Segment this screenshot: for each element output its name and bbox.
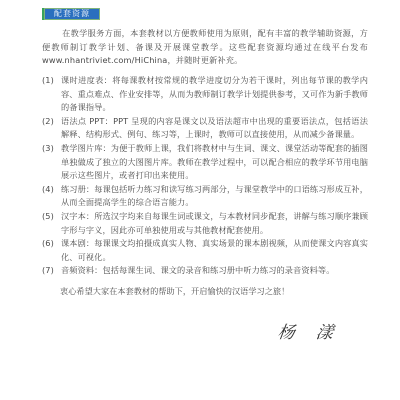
resource-item: (4) 练习册：每课包括听力练习和读写练习两部分，与课堂教学中的口语练习形成互补… [42,183,368,210]
item-number: (2) [42,115,54,129]
document-page: 配套资源 在教学服务方面，本套教材以方便教师使用为原则，配有丰富的教学辅助资源，… [0,0,400,400]
closing-paragraph: 衷心希望大家在本套教材的帮助下，开启愉快的汉语学习之旅！ [60,285,380,298]
item-text: 音频资料：包括每课生词、课文的录音和练习册中听力练习的录音资料等。 [61,265,335,275]
resource-item: (5) 汉字本：所选汉字均来自每课生词或课文，与本教材同步配套，讲解与练习顺序兼… [42,210,368,237]
resource-list: (1) 课时进度表：将每课教材按常规的教学进度切分为若干课时，列出每节课的教学内… [42,74,368,278]
item-number: (1) [42,74,54,88]
item-number: (5) [42,210,54,224]
intro-paragraph: 在教学服务方面，本套教材以方便教师使用为原则，配有丰富的教学辅助资源，方便教师制… [42,27,368,68]
item-number: (7) [42,264,54,278]
intro-text: 在教学服务方面，本套教材以方便教师使用为原则，配有丰富的教学辅助资源，方便教师制… [42,28,368,65]
signature: 杨 漾 [276,318,343,343]
item-text: 练习册：每课包括听力练习和读写练习两部分，与课堂教学中的口语练习形成互补，从而全… [61,184,368,208]
item-text: 课时进度表：将每课教材按常规的教学进度切分为若干课时，列出每节课的教学内容、重点… [61,75,368,112]
resource-item: (1) 课时进度表：将每课教材按常规的教学进度切分为若干课时，列出每节课的教学内… [42,74,368,115]
item-text: 教学图片库：为便于教师上课，我们将教材中与生词、课文、课堂活动等配套的插图单独做… [61,143,368,180]
item-number: (6) [42,237,54,251]
section-badge: 配套资源 [42,8,100,20]
item-number: (4) [42,183,54,197]
resource-item: (2) 语法点 PPT：PPT 呈现的内容是课文以及语法超市中出现的重要语法点，… [42,115,368,142]
resource-item: (6) 课本剧：每课课文均拍摄成真实人物、真实场景的课本剧视频，从而使课文内容真… [42,237,368,264]
resource-item: (3) 教学图片库：为便于教师上课，我们将教材中与生词、课文、课堂活动等配套的插… [42,142,368,183]
resource-item: (7) 音频资料：包括每课生词、课文的录音和练习册中听力练习的录音资料等。 [42,264,368,278]
item-text: 语法点 PPT：PPT 呈现的内容是课文以及语法超市中出现的重要语法点，包括语法… [61,116,368,140]
item-text: 汉字本：所选汉字均来自每课生词或课文，与本教材同步配套，讲解与练习顺序兼顾字形与… [61,211,368,235]
item-text: 课本剧：每课课文均拍摄成真实人物、真实场景的课本剧视频，从而使课文内容真实化、可… [61,238,368,262]
item-number: (3) [42,142,54,156]
